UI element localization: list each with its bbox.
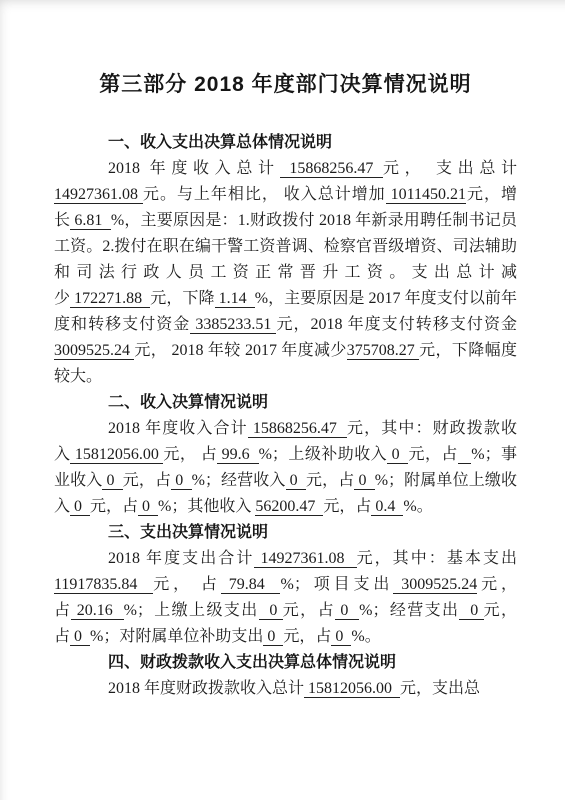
filled-blank-value: 15812056.00 (304, 680, 400, 698)
text-run: 元，占 (283, 628, 331, 645)
text-run: 元，占 (90, 498, 138, 515)
filled-blank-value: 0 (335, 602, 359, 620)
filled-blank-value: 0 (387, 446, 408, 464)
text-run: 2018 年度收入合计 (108, 420, 248, 437)
text-run: %。 (351, 628, 380, 645)
body-paragraph: 2018 年度支出合计 14927361.08 元，其中：基本支出 119178… (54, 546, 517, 650)
filled-blank-value: 375708.27 (347, 342, 419, 360)
section-heading: 三、支出决算情况说明 (54, 520, 517, 546)
filled-blank-value: 0 (263, 628, 283, 646)
text-run: %；上级补助收入 (259, 446, 388, 463)
filled-blank-value (458, 446, 471, 464)
filled-blank-value: 79.84 (221, 576, 281, 594)
text-run: 元，支出总 (400, 680, 480, 697)
filled-blank-value: 0 (70, 628, 90, 646)
document-body: 一、收入支出决算总体情况说明2018 年度收入总计 15868256.47 元，… (54, 130, 517, 702)
filled-blank-value: 3009525.24 (393, 576, 477, 594)
text-run: %；项目支出 (280, 576, 393, 593)
filled-blank-value: 0 (171, 472, 191, 490)
text-run: 元，占 (123, 472, 171, 489)
section-heading: 二、收入决算情况说明 (54, 390, 517, 416)
filled-blank-value: 0 (138, 498, 158, 516)
text-run: 元，2018 年度支付转移支付资金 (276, 316, 521, 333)
text-run: %；其他收入 (158, 498, 255, 515)
text-run: %；对附属单位补助支出 (90, 628, 263, 645)
filled-blank-value: 6.81 (70, 212, 111, 230)
text-run: 元，占 (306, 472, 354, 489)
document-page: 第三部分 2018 年度部门决算情况说明 一、收入支出决算总体情况说明2018 … (0, 0, 565, 800)
document-title: 第三部分 2018 年度部门决算情况说明 (54, 70, 517, 100)
text-run: 元。与上年相比， 收入总计增加 (143, 186, 386, 203)
text-run: 元， 占 (163, 446, 217, 463)
filled-blank-value: 56200.47 (255, 498, 323, 516)
filled-blank-value: 3009525.24 (54, 342, 134, 360)
text-run: %。 (403, 498, 432, 515)
text-run: 元，占 (283, 602, 335, 619)
filled-blank-value: 0 (286, 472, 306, 490)
text-run: %；上缴上级支出 (124, 602, 259, 619)
filled-blank-value: 0 (102, 472, 122, 490)
body-paragraph: 2018 年度收入总计 15868256.47 元， 支出总计14927361.… (54, 156, 517, 390)
filled-blank-value: 0 (259, 602, 283, 620)
text-run: 元，占 (323, 498, 371, 515)
text-run: %；经营支出 (359, 602, 459, 619)
text-run: %；经营收入 (192, 472, 286, 489)
section-heading: 四、财政拨款收入支出决算总体情况说明 (54, 650, 517, 676)
text-run: 2018 年度支出合计 (108, 550, 254, 567)
text-run: 元， 2018 年较 2017 年度减少 (134, 342, 346, 359)
filled-blank-value: 3385233.51 (190, 316, 276, 334)
filled-blank-value: 1.14 (215, 290, 255, 308)
filled-blank-value: 14927361.08 (254, 550, 356, 568)
text-run: 元，占 (408, 446, 457, 463)
text-run: 2018 年度财政拨款收入总计 (108, 680, 304, 697)
filled-blank-value: 99.6 (217, 446, 258, 464)
text-run: 元，其中：基本支出 (357, 550, 521, 567)
section-heading: 一、收入支出决算总体情况说明 (54, 130, 517, 156)
text-run: 2018 年度收入总计 (108, 160, 280, 177)
body-paragraph: 2018 年度收入合计 15868256.47 元，其中：财政拨款收入 1581… (54, 416, 517, 520)
filled-blank-value: 1011450.21 (386, 186, 466, 204)
filled-blank-value: 0 (331, 628, 351, 646)
text-run: 元， 占 (153, 576, 221, 593)
filled-blank-value: 0 (459, 602, 483, 620)
text-run: 元，下降 (150, 290, 214, 307)
body-paragraph: 2018 年度财政拨款收入总计 15812056.00 元，支出总 (54, 676, 517, 702)
filled-blank-value: 20.16 (71, 602, 123, 620)
filled-blank-value: 11917835.84 (54, 576, 153, 594)
filled-blank-value: 0.4 (371, 498, 403, 516)
text-run: 元， 支出总计 (383, 160, 517, 177)
filled-blank-value: 15868256.47 (280, 160, 383, 178)
filled-blank-value: 0 (354, 472, 374, 490)
filled-blank-value: 172271.88 (70, 290, 150, 308)
filled-blank-value: 14927361.08 (54, 186, 143, 204)
filled-blank-value: 0 (70, 498, 90, 516)
filled-blank-value: 15812056.00 (70, 446, 163, 464)
filled-blank-value: 15868256.47 (248, 420, 347, 438)
